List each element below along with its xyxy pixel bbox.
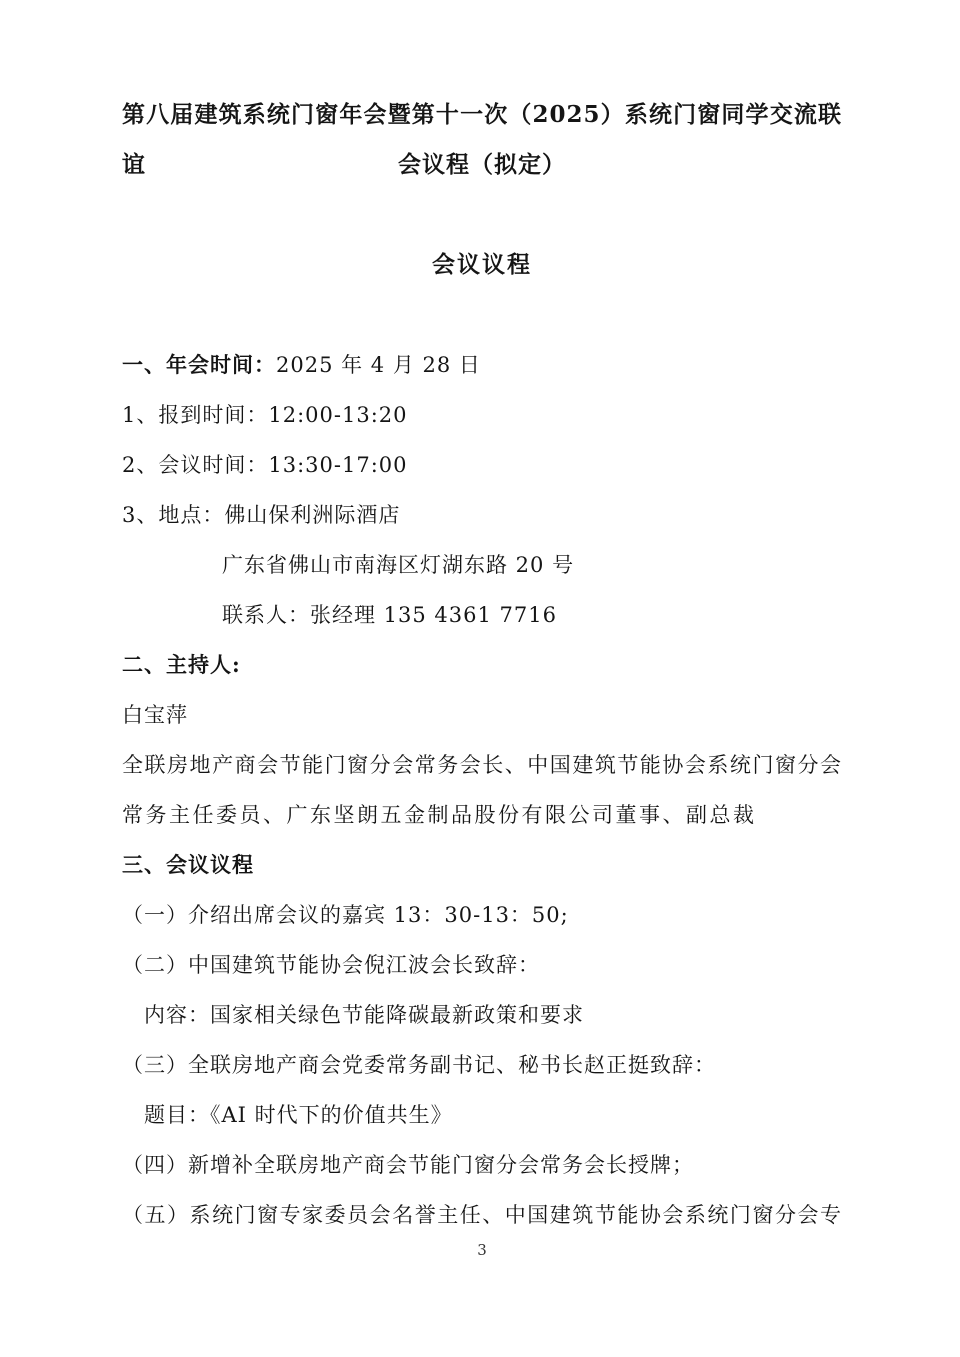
text-run: 三、会议议程 (122, 852, 254, 877)
text-run: 广东省佛山市南海区灯湖东路 20 号 (222, 553, 574, 577)
document-line: 1、报到时间：12:00-13:20 (122, 390, 842, 440)
text-run: （二）中国建筑节能协会倪江波会长致辞： (122, 953, 540, 977)
text-run: 常务主任委员、广东坚朗五金制品股份有限公司董事、副总裁 (122, 803, 757, 827)
document-line: （一）介绍出席会议的嘉宾 13：30-13：50; (122, 890, 842, 940)
text-run: 1、报到时间：12:00-13:20 (122, 403, 408, 427)
document-line: 题目：《AI 时代下的价值共生》 (122, 1090, 842, 1140)
page-number: 3 (122, 1240, 842, 1260)
document-title-line2: 会议程（拟定） (122, 140, 842, 190)
text-run: 白宝萍 (122, 703, 188, 727)
document-line: 三、会议议程 (122, 840, 842, 890)
document-line: （三）全联房地产商会党委常务副书记、秘书长赵正挺致辞： (122, 1040, 842, 1090)
vertical-spacer (122, 290, 842, 340)
document-line: 二、主持人: (122, 640, 842, 690)
text-run: 联系人：张经理 135 4361 7716 (222, 603, 557, 627)
document-line: 联系人：张经理 135 4361 7716 (122, 590, 842, 640)
vertical-spacer (122, 190, 842, 240)
document-line: 2、会议时间：13:30-17:00 (122, 440, 842, 490)
text-run: 3、地点：佛山保利洲际酒店 (122, 503, 400, 527)
document-line: 3、地点：佛山保利洲际酒店 (122, 490, 842, 540)
text-run: 内容：国家相关绿色节能降碳最新政策和要求 (144, 1003, 584, 1027)
text-run: 一、年会时间： (122, 352, 276, 377)
document-line: （二）中国建筑节能协会倪江波会长致辞： (122, 940, 842, 990)
agenda-heading: 会议议程 (122, 240, 842, 290)
text-run: 二、主持人: (122, 652, 241, 677)
document-page: 第八届建筑系统门窗年会暨第十一次（2025）系统门窗同学交流联谊 会议程（拟定）… (0, 0, 960, 1357)
text-run: （四）新增补全联房地产商会节能门窗分会常务会长授牌； (122, 1153, 694, 1177)
text-run: 2、会议时间：13:30-17:00 (122, 453, 408, 477)
document-line: 白宝萍 (122, 690, 842, 740)
document-line: （四）新增补全联房地产商会节能门窗分会常务会长授牌； (122, 1140, 842, 1190)
text-run: 2025 年 4 月 28 日 (276, 353, 481, 377)
document-line: 常务主任委员、广东坚朗五金制品股份有限公司董事、副总裁 (122, 790, 842, 840)
document-line: 全联房地产商会节能门窗分会常务会长、中国建筑节能协会系统门窗分会 (122, 740, 842, 790)
text-run: （一）介绍出席会议的嘉宾 13：30-13：50; (122, 903, 569, 927)
document-line: 内容：国家相关绿色节能降碳最新政策和要求 (122, 990, 842, 1040)
document-line: 广东省佛山市南海区灯湖东路 20 号 (122, 540, 842, 590)
text-run: （三）全联房地产商会党委常务副书记、秘书长赵正挺致辞： (122, 1053, 716, 1077)
document-title-line1: 第八届建筑系统门窗年会暨第十一次（2025）系统门窗同学交流联谊 (122, 90, 842, 140)
document-line: （五）系统门窗专家委员会名誉主任、中国建筑节能协会系统门窗分会专 (122, 1190, 842, 1240)
text-run: 全联房地产商会节能门窗分会常务会长、中国建筑节能协会系统门窗分会 (122, 753, 842, 777)
text-run: 题目：《AI 时代下的价值共生》 (144, 1103, 453, 1127)
document-line: 一、年会时间：2025 年 4 月 28 日 (122, 340, 842, 390)
text-run: （五）系统门窗专家委员会名誉主任、中国建筑节能协会系统门窗分会专 (122, 1203, 842, 1227)
document-body: 一、年会时间：2025 年 4 月 28 日1、报到时间：12:00-13:20… (122, 340, 842, 1240)
